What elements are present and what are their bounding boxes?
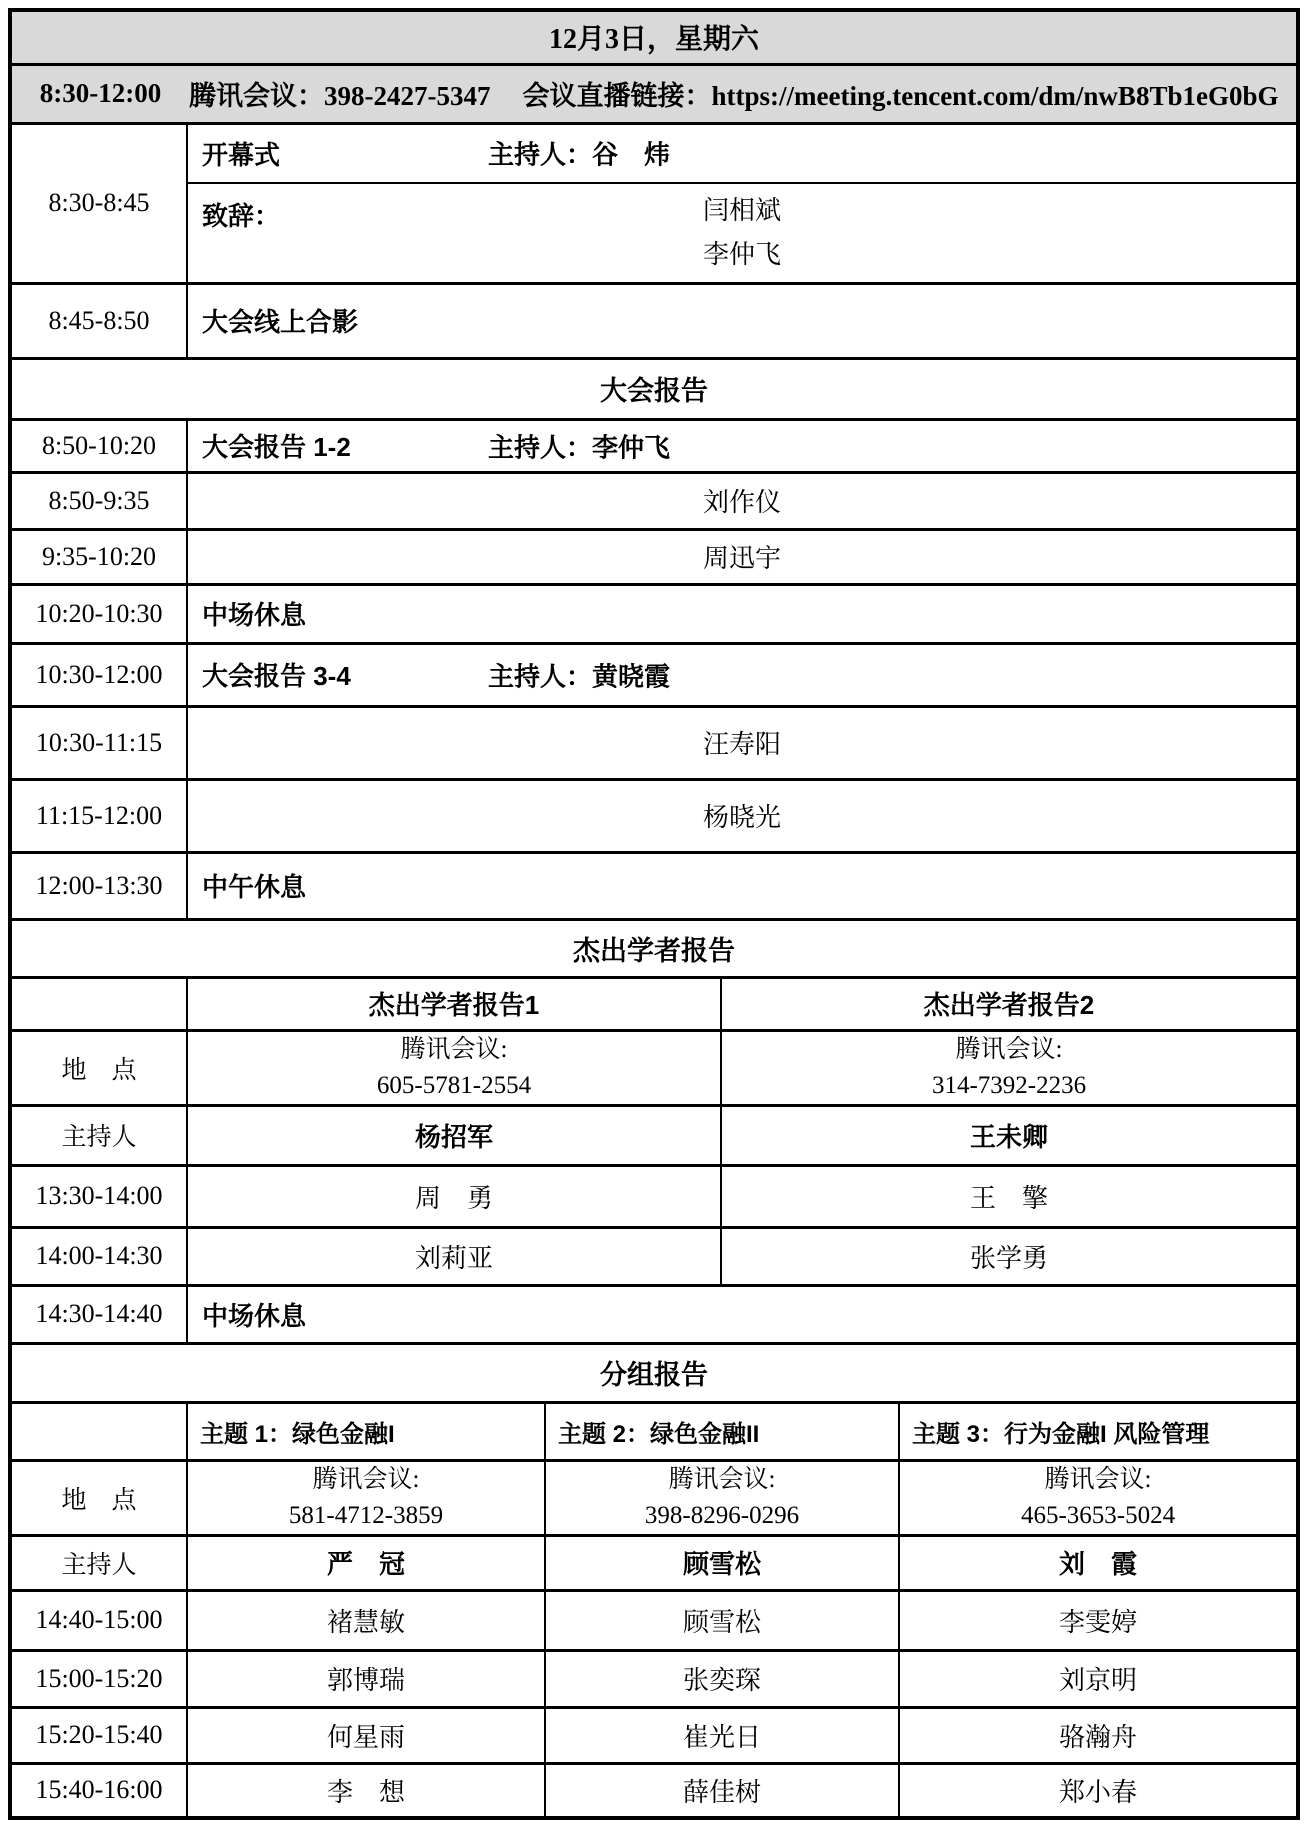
time-cell: 10:30-11:15 — [10, 706, 187, 779]
speaker-name: 褚慧敏 — [187, 1590, 545, 1650]
session-title: 大会线上合影 — [202, 307, 358, 337]
chair-name: 王未卿 — [721, 1105, 1298, 1165]
live-info-row: 8:30-12:00 腾讯会议：398-2427-5347 会议直播链接：htt… — [10, 64, 1298, 123]
speaker-name: 顾雪松 — [545, 1590, 899, 1650]
speaker-name: 张奕琛 — [545, 1650, 899, 1707]
photo-row: 大会线上合影 — [187, 283, 1298, 358]
empty-cell — [10, 1402, 187, 1460]
break-label: 中午休息 — [202, 872, 306, 902]
speaker-name: 李 想 — [187, 1763, 545, 1818]
speaker-name: 李雯婷 — [899, 1590, 1298, 1650]
session-chair: 主持人：李仲飞 — [488, 427, 670, 464]
time-cell: 12:00-13:30 — [10, 852, 187, 919]
session-chair: 主持人：黄晓霞 — [488, 656, 670, 693]
column-header: 主题 2：绿色金融II — [545, 1402, 899, 1460]
speaker-name: 闫相斌 — [188, 189, 1296, 233]
chair-name: 顾雪松 — [545, 1535, 899, 1590]
speaker-name: 郭博瑞 — [187, 1650, 545, 1707]
section-band-plenary: 大会报告 — [10, 358, 1298, 419]
time-cell: 8:50-9:35 — [10, 472, 187, 529]
chair-name: 刘 霞 — [899, 1535, 1298, 1590]
column-header: 杰出学者报告1 — [187, 977, 721, 1030]
venue-cell: 腾讯会议: 581-4712-3859 — [187, 1460, 545, 1535]
venue-row-label: 地 点 — [10, 1460, 187, 1535]
time-cell: 8:50-10:20 — [10, 419, 187, 472]
venue-row-label: 地 点 — [10, 1030, 187, 1105]
opening-row: 开幕式 主持人：谷 炜 — [187, 123, 1298, 183]
time-cell: 10:30-12:00 — [10, 643, 187, 706]
session-title: 开幕式 — [202, 140, 280, 170]
speaker-name: 刘作仪 — [187, 472, 1298, 529]
time-cell: 8:30-8:45 — [10, 123, 187, 283]
chair-name: 严 冠 — [187, 1535, 545, 1590]
column-header: 主题 1：绿色金融I — [187, 1402, 545, 1460]
speaker-name: 郑小春 — [899, 1763, 1298, 1818]
speaker-name: 李仲飞 — [188, 233, 1296, 277]
session-title: 大会报告 1-2 — [202, 432, 351, 462]
speaker-name: 薛佳树 — [545, 1763, 899, 1818]
speaker-name: 周 勇 — [187, 1165, 721, 1227]
venue-cell: 腾讯会议: 314-7392-2236 — [721, 1030, 1298, 1105]
session-title: 大会报告 3-4 — [202, 661, 351, 691]
speaker-name: 张学勇 — [721, 1227, 1298, 1285]
break-label: 中场休息 — [202, 600, 306, 630]
speaker-name: 刘莉亚 — [187, 1227, 721, 1285]
plenary-part1-row: 大会报告 1-2 主持人：李仲飞 — [187, 419, 1298, 472]
speaker-name: 刘京明 — [899, 1650, 1298, 1707]
speaker-name: 王 擎 — [721, 1165, 1298, 1227]
live-stream-link[interactable]: 会议直播链接：https://meeting.tencent.com/dm/nw… — [522, 74, 1278, 113]
speaker-name: 骆瀚舟 — [899, 1707, 1298, 1763]
time-cell: 14:30-14:40 — [10, 1285, 187, 1343]
speaker-name: 汪寿阳 — [187, 706, 1298, 779]
speech-row: 致辞： 闫相斌 李仲飞 — [187, 183, 1298, 283]
speaker-name: 崔光日 — [545, 1707, 899, 1763]
time-cell: 13:30-14:00 — [10, 1165, 187, 1227]
schedule-table: 12月3日，星期六 8:30-12:00 腾讯会议：398-2427-5347 … — [8, 8, 1300, 1820]
chair-row-label: 主持人 — [10, 1105, 187, 1165]
meeting-id: 腾讯会议：398-2427-5347 — [189, 74, 490, 113]
venue-cell: 腾讯会议: 465-3653-5024 — [899, 1460, 1298, 1535]
chair-name: 杨招军 — [187, 1105, 721, 1165]
conference-schedule-page: 12月3日，星期六 8:30-12:00 腾讯会议：398-2427-5347 … — [0, 0, 1304, 1828]
venue-cell: 腾讯会议: 605-5781-2554 — [187, 1030, 721, 1105]
speech-label: 致辞： — [202, 196, 280, 233]
time-cell: 14:00-14:30 — [10, 1227, 187, 1285]
time-cell: 10:20-10:30 — [10, 584, 187, 643]
time-cell: 11:15-12:00 — [10, 779, 187, 852]
time-cell: 14:40-15:00 — [10, 1590, 187, 1650]
chair-row-label: 主持人 — [10, 1535, 187, 1590]
column-header: 杰出学者报告2 — [721, 977, 1298, 1030]
time-cell: 15:20-15:40 — [10, 1707, 187, 1763]
empty-cell — [10, 977, 187, 1030]
plenary-part2-row: 大会报告 3-4 主持人：黄晓霞 — [187, 643, 1298, 706]
time-cell: 15:40-16:00 — [10, 1763, 187, 1818]
speaker-name: 杨晓光 — [187, 779, 1298, 852]
break-label: 中场休息 — [202, 1301, 306, 1331]
speaker-name: 何星雨 — [187, 1707, 545, 1763]
time-cell: 9:35-10:20 — [10, 529, 187, 584]
time-cell: 15:00-15:20 — [10, 1650, 187, 1707]
break-row: 中场休息 — [187, 1285, 1298, 1343]
break-row: 中场休息 — [187, 584, 1298, 643]
column-header: 主题 3：行为金融I 风险管理 — [899, 1402, 1298, 1460]
date-header: 12月3日，星期六 — [10, 10, 1298, 64]
section-band-parallel: 分组报告 — [10, 1343, 1298, 1402]
lunch-row: 中午休息 — [187, 852, 1298, 919]
time-cell: 8:45-8:50 — [10, 283, 187, 358]
live-time: 8:30-12:00 — [12, 78, 189, 109]
section-band-distinguished: 杰出学者报告 — [10, 919, 1298, 977]
venue-cell: 腾讯会议: 398-8296-0296 — [545, 1460, 899, 1535]
session-chair: 主持人：谷 炜 — [488, 135, 670, 172]
speaker-name: 周迅宇 — [187, 529, 1298, 584]
